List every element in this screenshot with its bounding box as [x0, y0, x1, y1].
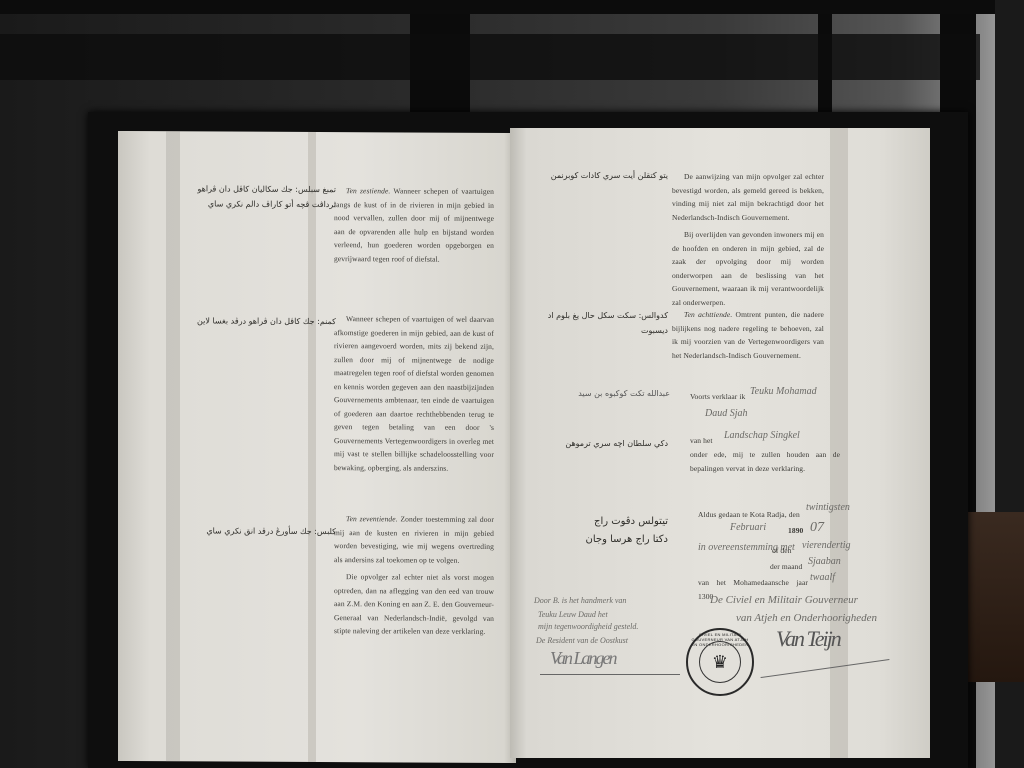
jawi-text-block: كمنم: جك كاڤل دان ڤراهو درڤد بغسا لاين	[178, 313, 336, 329]
article-heading: Ten achttiende.	[684, 310, 732, 319]
jawi-text-block: دكي سلطان اچه سري ترموهن	[524, 436, 668, 451]
dated-prefix: Aldus gedaan te Kota Radja, den	[698, 508, 808, 522]
jawi-text-block: تمبغ سبلس: جك سكاليان كاڤل دان ڤراهو ترد…	[178, 181, 336, 212]
declaration-prefix: Voorts verklaar ik	[690, 390, 750, 404]
jawi-text-block: كدوالس: سكت سكل حال يغ بلوم اد ديسبوت	[524, 308, 668, 338]
jawi-text-block: كلبس: جك سأورڠ درڤد انق نكري ساي	[178, 523, 336, 539]
signature-flourish	[761, 659, 890, 678]
governor-signature: Van Teijn	[776, 626, 840, 652]
right-page: يتو كتقلن أيت سري كادات كوبرنمن كدوالس: …	[510, 128, 930, 758]
handwritten-name: Daud Sjah	[705, 408, 748, 419]
article-text: De aanwijzing van mijn opvolger zal echt…	[672, 172, 824, 222]
official-seal: CIVIEL EN MILITAIR GOUVERNEUR VAN ATJEH …	[686, 628, 754, 696]
handwritten-hijri-year-suffix: twaalf	[810, 572, 835, 583]
signature-line	[540, 674, 680, 675]
handwritten-year-suffix: 07	[810, 520, 824, 536]
window-transom	[0, 34, 980, 80]
dutch-text-block: Ten zestiende. Wanneer schepen of vaartu…	[334, 184, 494, 270]
witness-note-line4: De Resident van de Oostkust	[536, 636, 628, 645]
jawi-text-block: يتو كتقلن أيت سري كادات كوبرنمن	[524, 168, 668, 183]
coat-of-arms-icon: ♛	[699, 641, 741, 683]
handwritten-day: twintigsten	[806, 502, 850, 513]
dutch-text-block: Ten zeventiende. Zonder toestemming zal …	[334, 512, 494, 642]
article-text: Die opvolger zal echter niet als vorst m…	[334, 572, 494, 636]
month-label: der maand	[770, 560, 810, 574]
open-book: تمبغ سبلس: جك سكاليان كاڤل دان ڤراهو ترد…	[118, 128, 930, 758]
handwritten-name: Teuku Mohamad	[750, 386, 817, 397]
dutch-text-block: Ten achttiende. Omtrent punten, die nade…	[672, 308, 824, 366]
official-title-line2: van Atjeh en Onderhoorigheden	[736, 612, 877, 624]
window-transom	[0, 0, 1024, 14]
article-text: Wanneer schepen of vaartuigen langs de k…	[334, 186, 494, 263]
handwritten-landscape: Landschap Singkel	[724, 430, 800, 441]
witness-signature: Van Langen	[550, 648, 616, 669]
page-stub	[166, 131, 180, 761]
of-the-label: of den	[772, 544, 802, 558]
witness-note-line2: Teuku Leuw Daud het	[538, 610, 608, 619]
article-heading: Ten zeventiende.	[346, 514, 398, 523]
article-text: Bij overlijden van gevonden inwoners mij…	[672, 230, 824, 307]
page-stub	[830, 128, 848, 758]
jawi-handwritten-block: تيتولس دڤوت راج	[524, 514, 668, 529]
article-text: Wanneer schepen of vaartuigen of wel daa…	[334, 314, 494, 472]
dutch-text-block: Wanneer schepen of vaartuigen of wel daa…	[334, 312, 494, 479]
handwritten-hijri-month: Sjaaban	[808, 556, 841, 567]
witness-note-line1: Door B. is het handmerk van	[534, 596, 626, 605]
seal-text: CIVIEL EN MILITAIR GOUVERNEUR VAN ATJEH …	[688, 632, 752, 647]
declaration-line3: onder ede, mij te zullen houden aan de b…	[690, 448, 840, 475]
jawi-handwritten-block: دكتا راج هرسا وجان	[524, 532, 668, 547]
article-heading: Ten zestiende.	[346, 186, 390, 195]
witness-note-line3: mijn tegenwoordigheid gesteld.	[538, 622, 638, 631]
handwritten-hijri-day: vierendertig	[802, 540, 851, 551]
handwritten-month: Februari	[730, 522, 766, 533]
dutch-text-block: De aanwijzing van mijn opvolger zal echt…	[672, 170, 824, 313]
page-stub	[308, 132, 316, 762]
official-title-line1: De Civiel en Militair Gouverneur	[710, 594, 858, 606]
jawi-text-block: عبدالله تكت كوكبوه بن سيد	[540, 386, 670, 401]
left-page: تمبغ سبلس: جك سكاليان كاڤل دان ڤراهو ترد…	[118, 131, 516, 763]
